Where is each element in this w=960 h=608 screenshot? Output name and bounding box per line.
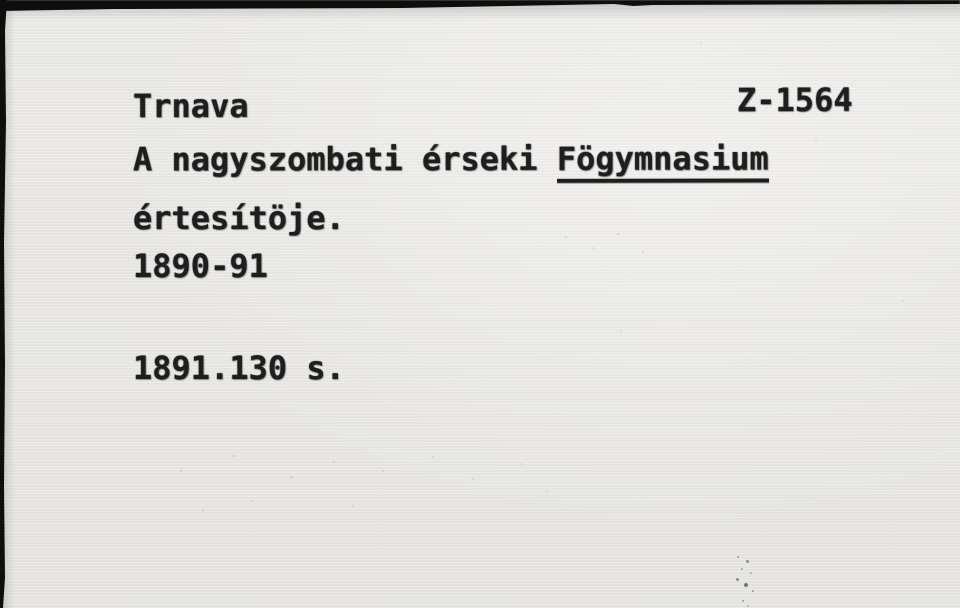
collation: 1891.130 s. (133, 351, 345, 385)
year-range: 1890-91 (133, 249, 268, 283)
ink-speckle (592, 247, 594, 249)
ink-speckle (750, 572, 752, 574)
ink-speckle (251, 500, 253, 502)
ink-speckle (815, 140, 817, 142)
call-number: Z-1564 (737, 83, 853, 117)
title-prefix: A nagyszombati érseki (133, 140, 557, 179)
ink-speckle (746, 560, 749, 563)
heading-city: Trnava (133, 89, 249, 123)
ink-speckle (382, 470, 384, 472)
ink-speckle (352, 505, 354, 507)
ink-speckle (744, 583, 748, 587)
ink-speckle (642, 251, 644, 253)
ink-speckle (742, 600, 744, 602)
ink-speckle (700, 42, 702, 44)
ink-speckle (232, 455, 234, 457)
subtitle: értesítöje. (133, 201, 345, 235)
catalog-card-scan: Trnava Z-1564 A nagyszombati érseki Fögy… (0, 0, 960, 608)
ink-speckle (617, 233, 619, 235)
title-underlined-word: Fögymnasium (557, 139, 769, 182)
ink-speckle (747, 605, 749, 607)
ink-speckle (620, 330, 622, 332)
ink-speckle (202, 510, 204, 512)
ink-speckle (741, 568, 743, 570)
ink-speckle (736, 578, 739, 581)
ink-speckle (472, 478, 474, 480)
ink-speckle (546, 490, 548, 492)
ink-speckle (333, 461, 335, 463)
title-line: A nagyszombati érseki Fögymnasium (133, 141, 769, 176)
ink-speckle (290, 476, 293, 479)
ink-speckle (752, 590, 754, 592)
ink-speckle (180, 470, 182, 472)
ink-speckle (902, 300, 904, 302)
ink-speckle (565, 236, 567, 238)
ink-speckle (432, 456, 434, 458)
ink-speckle (521, 463, 523, 465)
ink-speckle (737, 556, 739, 558)
